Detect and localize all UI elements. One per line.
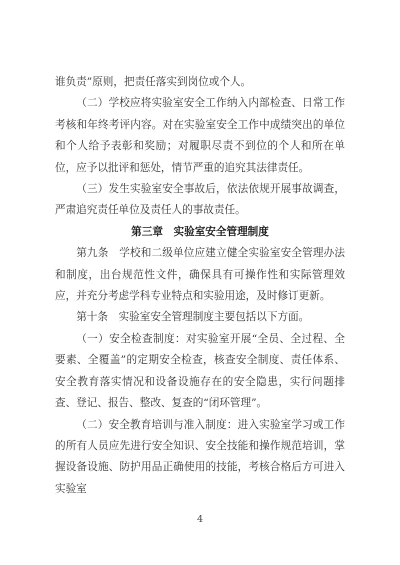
document-page: 谁负责”原则，把责任落实到岗位或个人。 （二）学校应将实验室安全工作纳入内部检查… (0, 0, 400, 565)
paragraph-rule-1: （一）安全检查制度：对实验室开展“全员、全过程、全要素、全覆盖”的定期安全检查，… (55, 329, 345, 415)
paragraph-continuation: 谁负责”原则，把责任落实到岗位或个人。 (55, 72, 345, 93)
chapter-heading: 第三章 实验室安全管理制度 (55, 222, 345, 243)
paragraph-item-3: （三）发生实验室安全事故后，依法依规开展事故调查，严肃追究责任单位及责任人的事故… (55, 179, 345, 222)
paragraph-article-10: 第十条 实验室安全管理制度主要包括以下方面。 (55, 307, 345, 328)
paragraph-item-2: （二）学校应将实验室安全工作纳入内部检查、日常工作考核和年终考评内容。对在实验室… (55, 93, 345, 179)
page-number: 4 (0, 514, 400, 526)
paragraph-rule-2: （二）安全教育培训与准入制度：进入实验室学习或工作的所有人员应先进行安全知识、安… (55, 415, 345, 501)
document-body: 谁负责”原则，把责任落实到岗位或个人。 （二）学校应将实验室安全工作纳入内部检查… (55, 72, 345, 500)
paragraph-article-9: 第九条 学校和二级单位应建立健全实验室安全管理办法和制度，出台规范性文件，确保具… (55, 243, 345, 307)
